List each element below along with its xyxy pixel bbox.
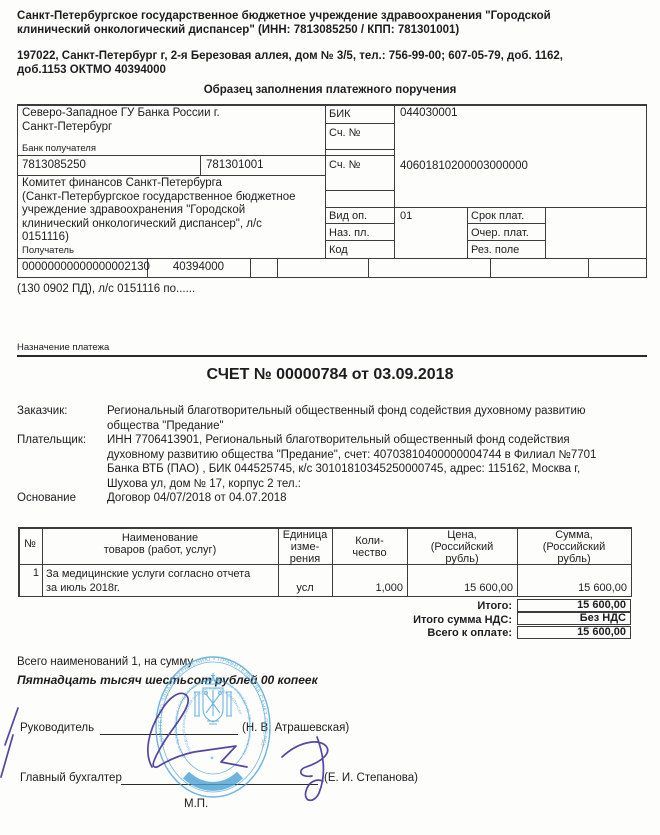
kpp-value: 781301001 [206,159,264,173]
col-header-line: Сумма, [517,529,631,541]
rez-pole-label: Рез. поле [471,244,519,256]
kod-label: Код [329,244,348,256]
total-label: Итого: [292,600,512,612]
payer-line: ИНН 7706413901, Региональный благотворит… [107,433,596,448]
chief-accountant-label: Главный бухгалтер [20,772,122,786]
stamp-ring-text-middle: САНКТ-ПЕТЕРБУРГСКОЕ ГОСУДАРСТВЕННОЕ БЮДЖ… [174,678,252,759]
ocher-plat-label: Очер. плат. [471,227,529,239]
col-header-line: товаров (работ, услуг) [42,544,278,556]
basis-value: Договор 04/07/2018 от 04.07.2018 [107,491,287,506]
recipient-line: Комитет финансов Санкт-Петербурга [22,177,296,191]
total-value: 15 600,00 [518,627,630,637]
recipient-line: (Санкт-Петербургское государственное бюд… [22,191,296,205]
col-header-line: Наименование [42,532,278,544]
amount-in-words: Пятнадцать тысяч шестьсот рублей 00 копе… [17,673,318,687]
row-sum: 15 600,00 [517,582,627,594]
divider-line [467,207,468,258]
stamp-place-label: М.П. [184,798,208,812]
col-header-line: Коли- [332,535,407,547]
divider-line [325,240,394,241]
row-name-line: за июль 2018г. [46,581,250,595]
total-value-box: Без НДС [517,612,631,625]
divider-line [646,104,647,278]
divider-line [467,223,545,224]
divider-line [17,155,394,156]
total-value: 15 600,00 [518,600,630,610]
divider-line [17,277,647,279]
total-value-box: 15 600,00 [517,626,631,639]
recipient-field-label: Получатель [22,246,74,256]
director-name: (Н. В. Атрашевская) [242,722,349,736]
total-value-box: 15 600,00 [517,599,631,612]
total-label: Итого сумма НДС: [292,614,512,626]
total-label: Всего к оплате: [292,627,512,639]
total-value: Без НДС [518,613,630,623]
divider-line [325,104,326,258]
col-header-line: Единица [278,529,332,541]
purpose-label: Назначение платежа [17,343,109,353]
corr-account-label: Сч. № [329,127,360,139]
col-header-line: Цена, [407,529,517,541]
divider-line [325,190,394,191]
pen-slash-mark [5,708,18,745]
srok-plat-label: Срок плат. [471,210,524,222]
divider-line [17,258,647,260]
divider-line [325,149,394,150]
kbk-footnote: (130 0902 ПД), л/с 0151116 по...... [17,283,195,297]
divider-line [325,223,394,224]
bik-value: 044030001 [400,107,458,121]
col-header-line: (Российский [407,541,517,553]
divider-line [250,258,251,277]
accountant-signature-line [121,772,318,785]
row-unit: усл [278,582,332,594]
col-header-line: (Российский [517,541,631,553]
org-address-header: 197022, Санкт-Петербург г, 2-я Березовая… [17,50,563,77]
divider-line [17,104,647,106]
col-header-line: чество [332,547,407,559]
beneficiary-bank-name: Северо-Западное ГУ Банка России г. Санкт… [22,107,220,134]
customer-label: Заказчик: [17,404,67,419]
col-header-num: № [18,538,42,550]
divider-line [545,207,546,258]
invoice-title: СЧЕТ № 00000784 от 03.09.2018 [0,366,660,384]
recipient-line: учреждение здравоохранения "Городской [22,204,296,218]
divider-line [325,207,647,208]
col-header-name: Наименование товаров (работ, услуг) [42,532,278,556]
payer-label: Плательщик: [17,433,86,448]
customer-line: Региональный благотворительный обществен… [107,404,586,419]
account-value: 40601810200003000000 [400,160,528,174]
payer-value: ИНН 7706413901, Региональный благотворит… [107,433,596,491]
oktmo-value: 40394000 [147,261,250,275]
recipient-line: клинический онкологический диспансер", л… [22,218,296,232]
bik-label: БИК [329,108,351,120]
payer-line: Банка ВТБ (ПАО) , БИК 044525745, к/с 301… [107,462,596,477]
recipient-block: Комитет финансов Санкт-Петербурга (Санкт… [22,177,296,245]
col-header-unit: Единица изме- рения [278,529,332,565]
recipient-line: 0151116) [22,231,296,245]
col-header-line: рубль) [407,553,517,565]
row-price: 15 600,00 [407,582,513,594]
vid-op-label: Вид оп. [329,210,367,222]
stamp-ring-text-inner: ГОРОДСКОЙ КЛИНИЧЕСКИЙ ОНКОЛОГИЧЕСКИЙ ДИС… [182,687,243,753]
divider-line [325,123,394,124]
invoice-document: Санкт-Петербургское государственное бюдж… [0,0,660,835]
org-name-line: Санкт-Петербургское государственное бюдж… [17,10,551,24]
divider-line [17,175,325,176]
vid-op-value: 01 [400,210,412,222]
items-count-line: Всего наименований 1, на сумму [17,656,193,670]
basis-label: Основание [17,491,76,506]
row-qty: 1,000 [332,582,403,594]
divider-line [588,258,589,277]
org-address-line: 197022, Санкт-Петербург г, 2-я Березовая… [17,50,563,64]
divider-line [17,104,18,278]
org-address-line: доб.1153 ОКТМО 40394000 [17,64,563,78]
divider-line [277,258,278,277]
row-name: За медицинские услуги согласно отчета за… [46,567,250,595]
bank-name-line: Северо-Западное ГУ Банка России г. [22,107,220,121]
payment-sample-title: Образец заполнения платежного поручения [0,84,660,98]
bank-field-label: Банк получателя [22,144,96,154]
naz-pl-label: Наз. пл. [329,227,370,239]
divider-line [368,258,369,277]
divider-line [200,155,201,175]
customer-line: общества "Предание" [107,419,586,434]
col-header-line: изме- [278,541,332,553]
payer-line: духовному развитию общества "Предание", … [107,448,596,463]
signature-accountant-ink [282,737,328,800]
director-signature-line [100,722,238,735]
row-num: 1 [18,567,39,579]
bank-name-line: Санкт-Петербург [22,121,220,135]
inn-value: 7813085250 [22,159,86,173]
stamp-star: ✶ [210,755,215,762]
col-header-line: рубль) [517,553,631,565]
divider-line [467,240,545,241]
pen-slash-mark [1,735,13,777]
col-header-sum: Сумма, (Российский рубль) [517,529,631,565]
divider-line [394,104,395,258]
payer-line: Шухова ул, дом № 17, корпус 2 тел.: [107,477,596,492]
divider-line [490,258,491,277]
account-label: Сч. № [329,159,360,171]
kbk-value: 00000000000000002130 [22,261,150,275]
purpose-rule [17,355,647,357]
col-header-line: рения [278,553,332,565]
col-header-price: Цена, (Российский рубль) [407,529,517,565]
org-name-line: клинический онкологический диспансер" (И… [17,24,551,38]
col-header-qty: Коли- чество [332,535,407,559]
director-label: Руководитель [20,722,94,736]
customer-value: Региональный благотворительный обществен… [107,404,586,433]
org-name-header: Санкт-Петербургское государственное бюдж… [17,10,551,37]
chief-accountant-name: (Е. И. Степанова) [324,772,418,786]
divider-line [18,596,632,598]
row-name-line: За медицинские услуги согласно отчета [46,567,250,581]
